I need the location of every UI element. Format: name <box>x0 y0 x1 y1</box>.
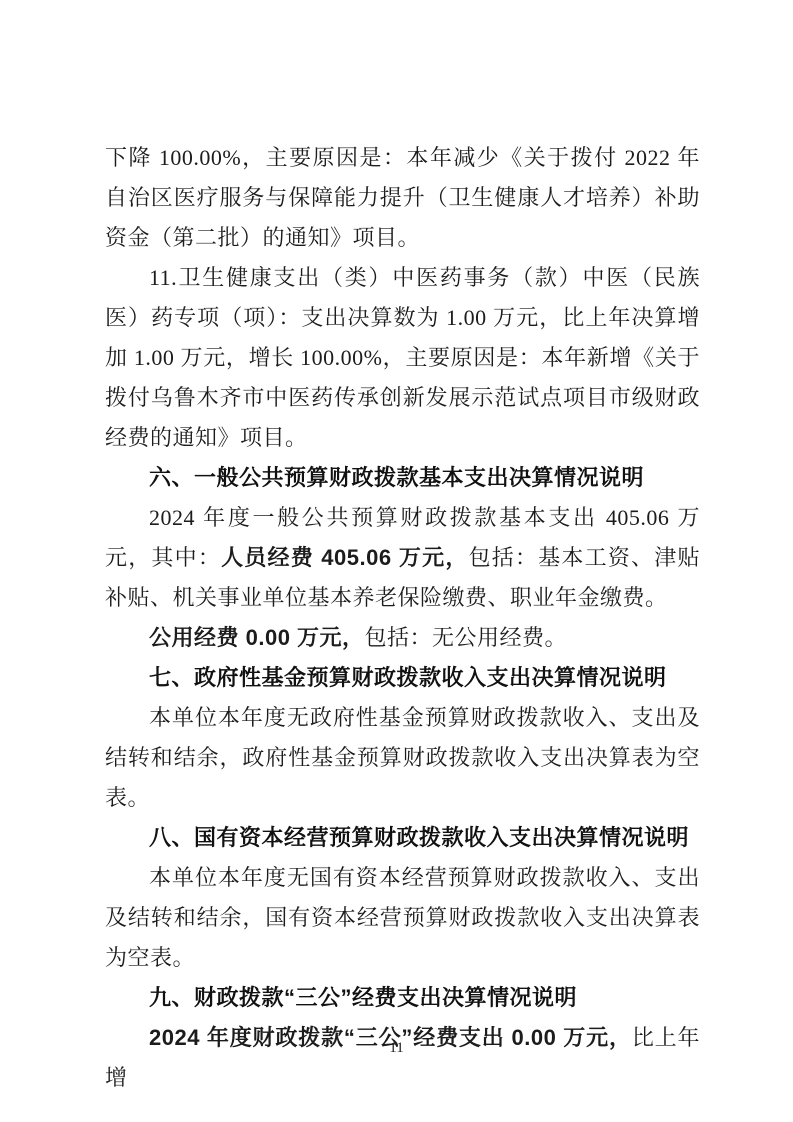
paragraph-section-6: 2024 年度一般公共预算财政拨款基本支出 405.06 万元，其中：人员经费 … <box>105 498 700 618</box>
public-funds-bold-text: 公用经费 0.00 万元， <box>149 625 365 650</box>
paragraph-public-funds: 公用经费 0.00 万元，包括：无公用经费。 <box>105 618 700 658</box>
paragraph-text: 下降 100.00%，主要原因是：本年减少《关于拨付 2022 年自治区医疗服务… <box>105 145 700 250</box>
heading-section-9: 九、财政拨款“三公”经费支出决算情况说明 <box>105 978 700 1018</box>
personnel-funds-bold-text: 人员经费 405.06 万元， <box>221 545 468 570</box>
paragraph-section-8: 本单位本年度无国有资本经营预算财政拨款收入、支出及结转和结余，国有资本经营预算财… <box>105 858 700 978</box>
paragraph-text: 本单位本年度无国有资本经营预算财政拨款收入、支出及结转和结余，国有资本经营预算财… <box>105 865 700 970</box>
paragraph-section-9: 2024 年度财政拨款“三公”经费支出 0.00 万元，比上年增 <box>105 1018 700 1098</box>
paragraph-text: 包括：无公用经费。 <box>365 625 568 650</box>
paragraph-text: 11.卫生健康支出（类）中医药事务（款）中医（民族医）药专项（项）：支出决算数为… <box>105 265 700 450</box>
page-number: 11 <box>0 1038 793 1058</box>
paragraph-section-7: 本单位本年度无政府性基金预算财政拨款收入、支出及结转和结余，政府性基金预算财政拨… <box>105 698 700 818</box>
document-page: 下降 100.00%，主要原因是：本年减少《关于拨付 2022 年自治区医疗服务… <box>0 0 793 1122</box>
paragraph-continuation: 下降 100.00%，主要原因是：本年减少《关于拨付 2022 年自治区医疗服务… <box>105 138 700 258</box>
document-content: 下降 100.00%，主要原因是：本年减少《关于拨付 2022 年自治区医疗服务… <box>105 138 700 1098</box>
heading-section-8: 八、国有资本经营预算财政拨款收入支出决算情况说明 <box>105 818 700 858</box>
paragraph-text: 本单位本年度无政府性基金预算财政拨款收入、支出及结转和结余，政府性基金预算财政拨… <box>105 705 700 810</box>
heading-section-6: 六、一般公共预算财政拨款基本支出决算情况说明 <box>105 458 700 498</box>
heading-section-7: 七、政府性基金预算财政拨款收入支出决算情况说明 <box>105 658 700 698</box>
paragraph-item-11: 11.卫生健康支出（类）中医药事务（款）中医（民族医）药专项（项）：支出决算数为… <box>105 258 700 458</box>
